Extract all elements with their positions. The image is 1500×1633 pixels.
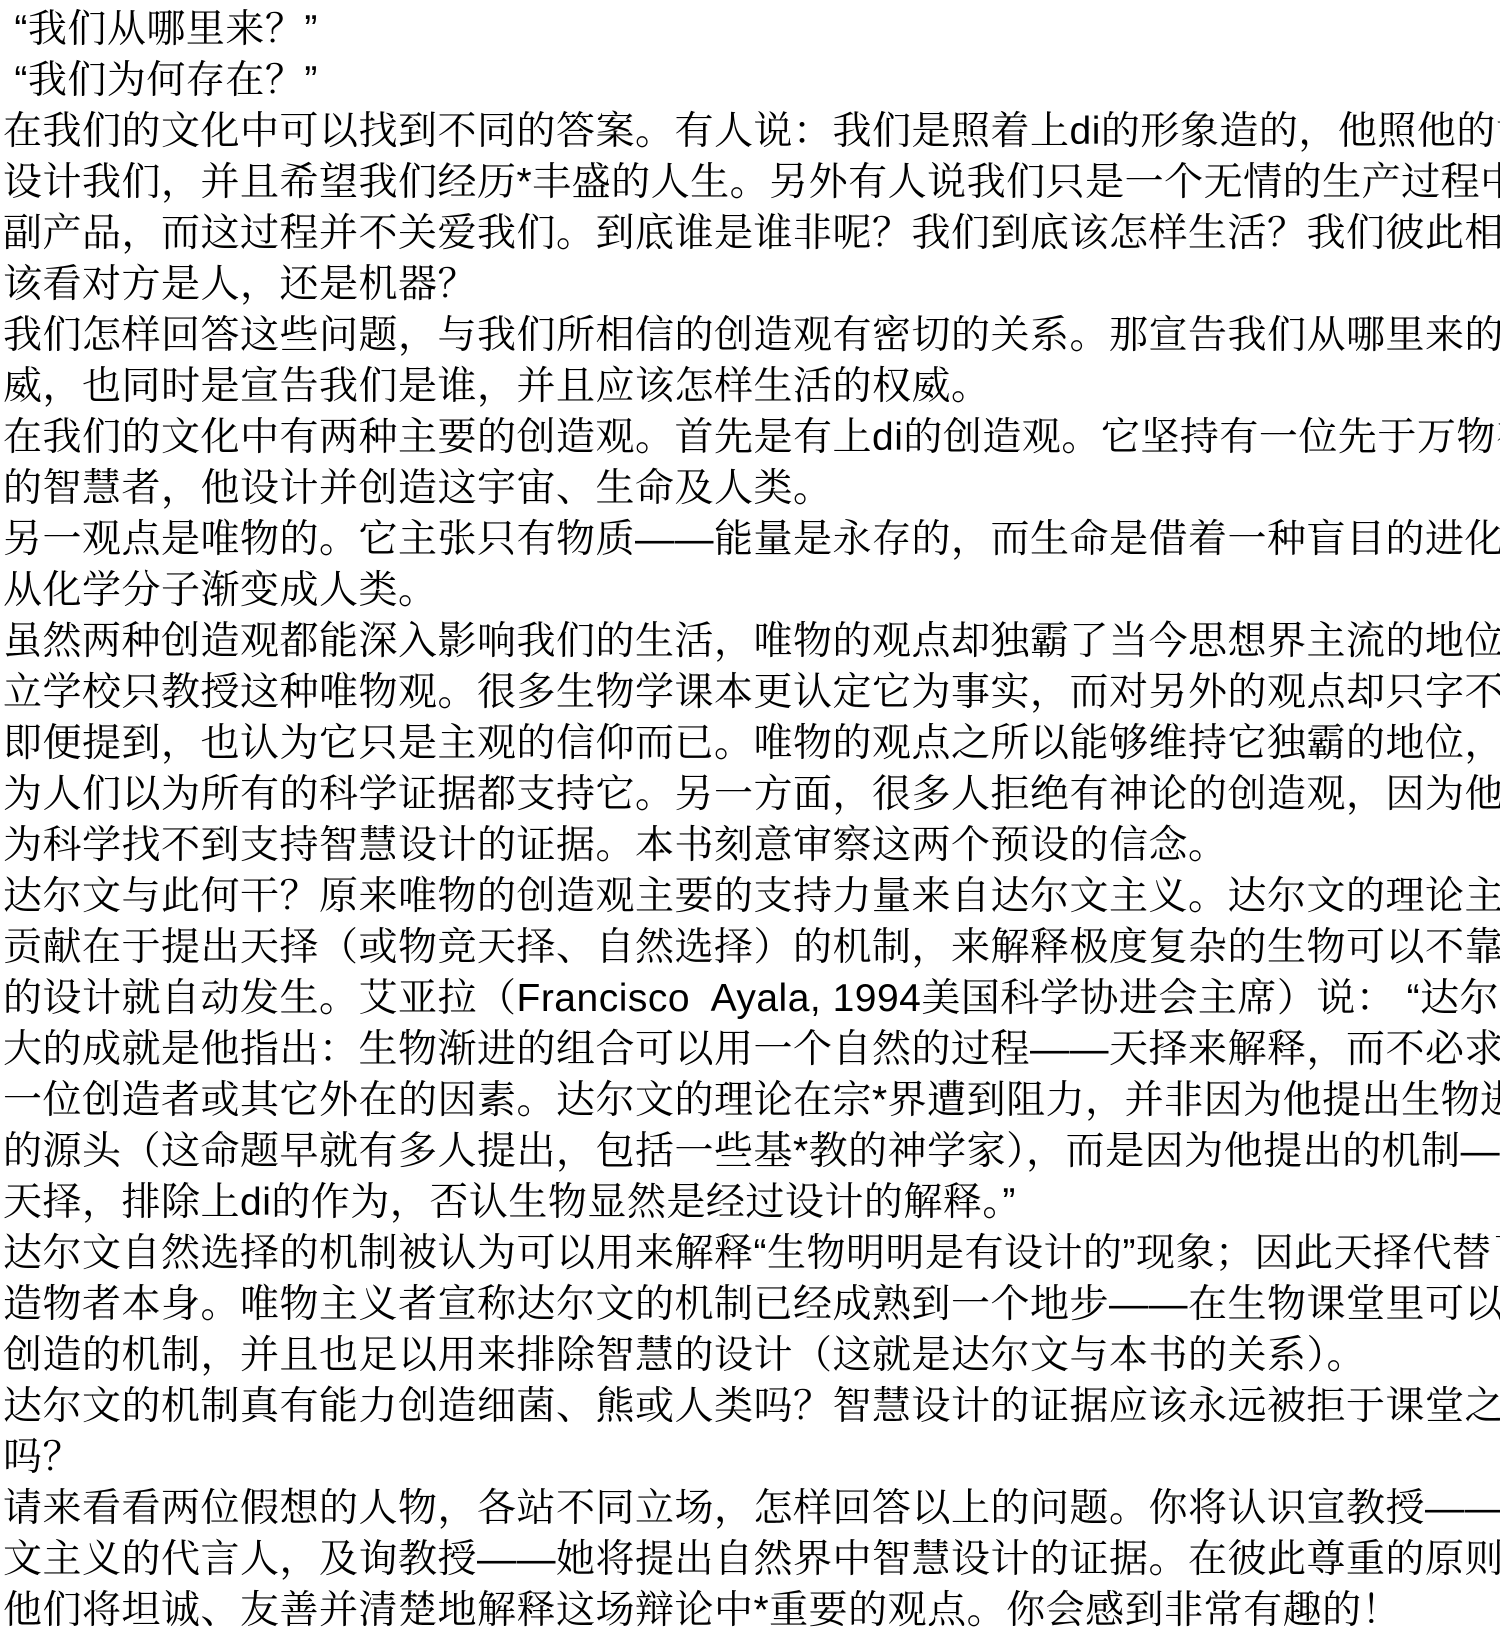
text-line: 造物者本身。唯物主义者宣称达尔文的机制已经成熟到一个地步——在生物课堂里可以当作	[3, 1279, 1500, 1330]
text-line: 副产品，而这过程并不关爱我们。到底谁是谁非呢？我们到底该怎样生活？我们彼此相处应	[3, 208, 1500, 259]
document-page: “我们从哪里来？” “我们为何存在？”在我们的文化中可以找到不同的答案。有人说：…	[0, 0, 1500, 1633]
text-line: 威，也同时是宣告我们是谁，并且应该怎样生活的权威。	[3, 361, 1500, 412]
text-line: 在我们的文化中有两种主要的创造观。首先是有上di的创造观。它坚持有一位先于万物存…	[3, 412, 1500, 463]
text-line: 另一观点是唯物的。它主张只有物质——能量是永存的，而生命是借着一种盲目的进化过程	[3, 514, 1500, 565]
text-line: 为人们以为所有的科学证据都支持它。另一方面，很多人拒绝有神论的创造观，因为他们以	[3, 769, 1500, 820]
text-line: 虽然两种创造观都能深入影响我们的生活，唯物的观点却独霸了当今思想界主流的地位。公	[3, 616, 1500, 667]
text-line: 设计我们，并且希望我们经历*丰盛的人生。另外有人说我们只是一个无情的生产过程中的	[3, 157, 1500, 208]
text-line: 文主义的代言人，及询教授——她将提出自然界中智慧设计的证据。在彼此尊重的原则下，	[3, 1534, 1500, 1585]
text-line: 的设计就自动发生。艾亚拉（Francisco Ayala, 1994美国科学协进…	[3, 973, 1500, 1024]
text-line: 该看对方是人，还是机器？	[3, 259, 1500, 310]
text-line: 天择，排除上di的作为，否认生物显然是经过设计的解释。”	[3, 1177, 1500, 1228]
text-line: 贡献在于提出天择（或物竞天择、自然选择）的机制，来解释极度复杂的生物可以不靠智慧	[3, 922, 1500, 973]
text-line: 的智慧者，他设计并创造这宇宙、生命及人类。	[3, 463, 1500, 514]
text-line: 即便提到，也认为它只是主观的信仰而已。唯物的观点之所以能够维持它独霸的地位，是因	[3, 718, 1500, 769]
text-line: 立学校只教授这种唯物观。很多生物学课本更认定它为事实，而对另外的观点却只字不提；	[3, 667, 1500, 718]
text-line: “我们从哪里来？”	[3, 4, 1500, 55]
text-line: 达尔文与此何干？原来唯物的创造观主要的支持力量来自达尔文主义。达尔文的理论主要的	[3, 871, 1500, 922]
text-line: 在我们的文化中可以找到不同的答案。有人说：我们是照着上di的形象造的，他照他的计…	[3, 106, 1500, 157]
text-line: 达尔文自然选择的机制被认为可以用来解释“生物明明是有设计的”现象；因此天择代替了	[3, 1228, 1500, 1279]
text-line: 达尔文的机制真有能力创造细菌、熊或人类吗？智慧设计的证据应该永远被拒于课堂之外	[3, 1381, 1500, 1432]
text-line: 请来看看两位假想的人物，各站不同立场，怎样回答以上的问题。你将认识宣教授——达尔	[3, 1483, 1500, 1534]
text-line: “我们为何存在？”	[3, 55, 1500, 106]
text-line: 他们将坦诚、友善并清楚地解释这场辩论中*重要的观点。你会感到非常有趣的！	[3, 1585, 1500, 1633]
text-line: 吗？	[3, 1432, 1500, 1483]
text-line: 从化学分子渐变成人类。	[3, 565, 1500, 616]
text-line: 我们怎样回答这些问题，与我们所相信的创造观有密切的关系。那宣告我们从哪里来的权	[3, 310, 1500, 361]
text-line: 一位创造者或其它外在的因素。达尔文的理论在宗*界遭到阻力，并非因为他提出生物进化	[3, 1075, 1500, 1126]
text-line: 的源头（这命题早就有多人提出，包括一些基*教的神学家），而是因为他提出的机制——	[3, 1126, 1500, 1177]
text-line: 创造的机制，并且也足以用来排除智慧的设计（这就是达尔文与本书的关系）。	[3, 1330, 1500, 1381]
text-container: “我们从哪里来？” “我们为何存在？”在我们的文化中可以找到不同的答案。有人说：…	[3, 4, 1500, 1633]
text-line: 大的成就是他指出：生物渐进的组合可以用一个自然的过程——天择来解释，而不必求助于	[3, 1024, 1500, 1075]
text-line: 为科学找不到支持智慧设计的证据。本书刻意审察这两个预设的信念。	[3, 820, 1500, 871]
